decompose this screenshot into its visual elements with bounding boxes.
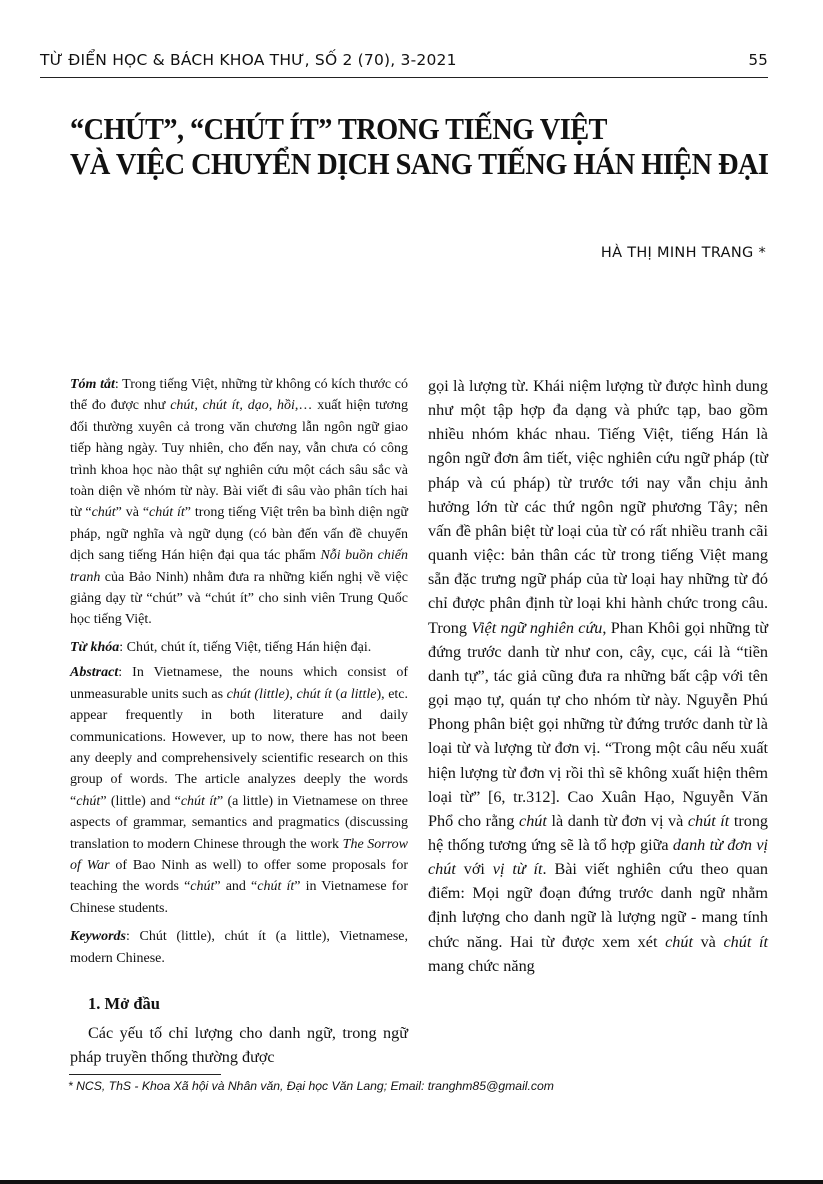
page-number: 55 <box>749 51 769 69</box>
left-column: Tóm tắt: Trong tiếng Việt, những từ khôn… <box>70 374 408 969</box>
footnote-divider <box>69 1074 221 1075</box>
keywords-en: Keywords: Chút (little), chút ít (a litt… <box>70 926 408 969</box>
scan-bottom-edge <box>0 1180 823 1184</box>
keywords-vi: Từ khóa: Chút, chút ít, tiếng Việt, tiến… <box>70 637 408 658</box>
introduction-paragraph: Các yếu tố chỉ lượng cho danh ngữ, trong… <box>70 1021 408 1069</box>
author-footnote: * NCS, ThS - Khoa Xã hội và Nhân văn, Đạ… <box>68 1079 554 1093</box>
author: HÀ THỊ MINH TRANG * <box>601 245 766 261</box>
title-line-2: VÀ VIỆC CHUYỂN DỊCH SANG TIẾNG HÁN HIỆN … <box>70 147 740 182</box>
abstract-en: Abstract: In Vietnamese, the nouns which… <box>70 662 408 919</box>
journal-issue: TỪ ĐIỂN HỌC & BÁCH KHOA THƯ, SỐ 2 (70), … <box>40 51 457 69</box>
abstract-en-label: Abstract <box>70 665 118 680</box>
keywords-vi-label: Từ khóa <box>70 640 119 655</box>
summary-vi: Tóm tắt: Trong tiếng Việt, những từ khôn… <box>70 374 408 631</box>
summary-vi-label: Tóm tắt <box>70 377 115 392</box>
article-title: “CHÚT”, “CHÚT ÍT” TRONG TIẾNG VIỆT VÀ VI… <box>70 112 740 182</box>
right-column-paragraph: gọi là lượng từ. Khái niệm lượng từ được… <box>428 374 768 978</box>
section-heading-introduction: 1. Mở đầu <box>88 994 160 1014</box>
title-line-1: “CHÚT”, “CHÚT ÍT” TRONG TIẾNG VIỆT <box>70 112 740 147</box>
running-header: TỪ ĐIỂN HỌC & BÁCH KHOA THƯ, SỐ 2 (70), … <box>40 47 768 78</box>
keywords-en-label: Keywords <box>70 929 126 944</box>
